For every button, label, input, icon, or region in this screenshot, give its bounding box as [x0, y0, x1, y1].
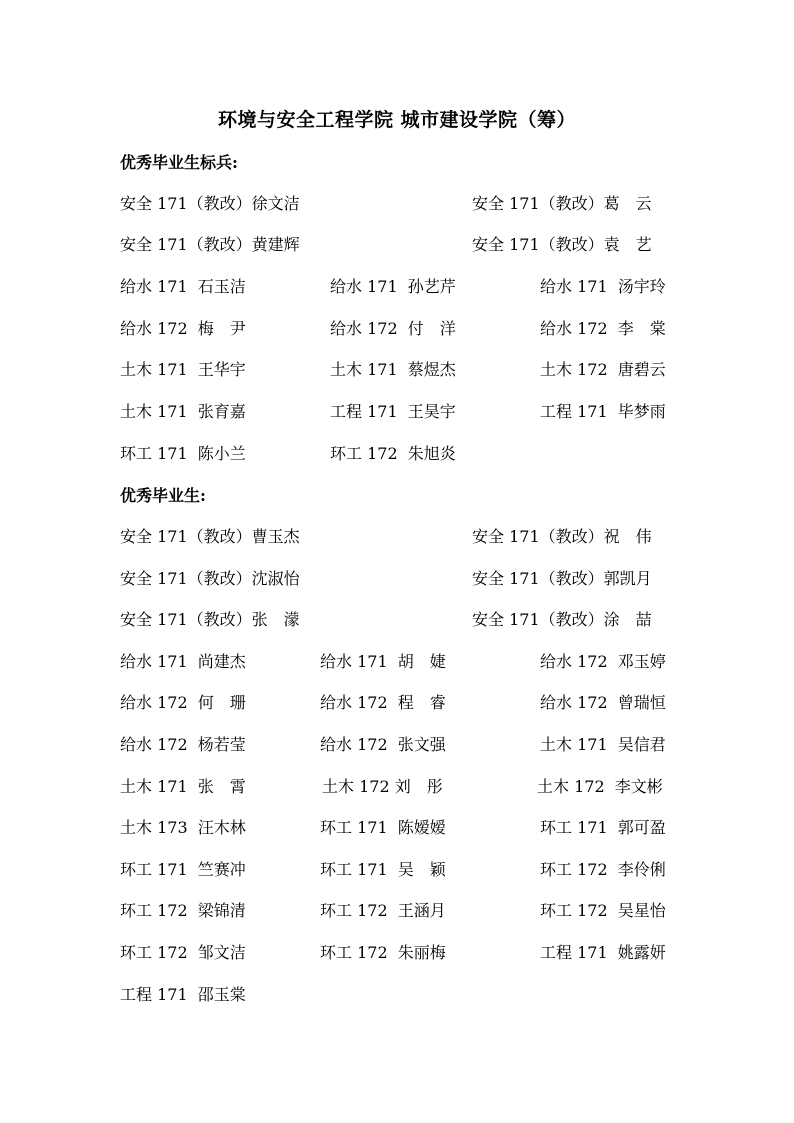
list-row: 土木 171 张 霄 土木 172 刘 彤 土木 172 李文彬 — [0, 774, 794, 796]
list-item: 土木 172 刘 彤 — [322, 774, 443, 797]
list-item: 环工 172 朱丽梅 — [320, 940, 446, 963]
list-row: 给水 171 石玉洁 给水 171 孙艺芹 给水 171 汤宇玲 — [0, 274, 794, 296]
list-row: 环工 171 陈小兰 环工 172 朱旭炎 — [0, 441, 794, 463]
list-item: 工程 171 姚露妍 — [540, 940, 666, 963]
section-heading-top-graduates: 优秀毕业生标兵: — [120, 150, 238, 173]
list-row: 环工 172 邹文洁 环工 172 朱丽梅 工程 171 姚露妍 — [0, 940, 794, 962]
list-item: 环工 172 李伶俐 — [540, 857, 666, 880]
list-item: 给水 172 付 洋 — [330, 316, 456, 339]
list-item: 工程 171 邵玉棠 — [120, 982, 246, 1005]
list-row: 给水 171 尚建杰 给水 171 胡 婕 给水 172 邓玉婷 — [0, 649, 794, 671]
list-row: 环工 172 梁锦清 环工 172 王涵月 环工 172 吴星怡 — [0, 898, 794, 920]
list-row: 安全 171（教改）沈淑怡 安全 171（教改）郭凯月 — [0, 566, 794, 588]
list-item: 安全 171（教改）张 濛 — [120, 607, 300, 630]
list-row: 安全 171（教改）黄建辉 安全 171（教改）袁 艺 — [0, 232, 794, 254]
list-row: 土木 171 张育嘉 工程 171 王昊宇 工程 171 毕梦雨 — [0, 399, 794, 421]
list-row: 给水 172 梅 尹 给水 172 付 洋 给水 172 李 棠 — [0, 316, 794, 338]
list-item: 安全 171（教改）葛 云 — [472, 191, 652, 214]
list-item: 安全 171（教改）曹玉杰 — [120, 524, 300, 547]
list-item: 给水 171 汤宇玲 — [540, 274, 666, 297]
list-item: 环工 172 吴星怡 — [540, 898, 666, 921]
list-item: 给水 172 梅 尹 — [120, 316, 246, 339]
list-item: 环工 171 陈嫒嫒 — [320, 815, 446, 838]
list-item: 安全 171（教改）沈淑怡 — [120, 566, 300, 589]
list-item: 工程 171 毕梦雨 — [540, 399, 666, 422]
list-item: 环工 171 陈小兰 — [120, 441, 246, 464]
list-item: 安全 171（教改）祝 伟 — [472, 524, 652, 547]
list-row: 土木 171 王华宇 土木 171 蔡煜杰 土木 172 唐碧云 — [0, 357, 794, 379]
section-heading-graduates: 优秀毕业生: — [120, 483, 206, 506]
list-item: 给水 171 胡 婕 — [320, 649, 446, 672]
list-item: 工程 171 王昊宇 — [330, 399, 456, 422]
list-item: 土木 172 李文彬 — [537, 774, 663, 797]
list-row: 工程 171 邵玉棠 — [0, 982, 794, 1004]
list-item: 环工 171 吴 颖 — [320, 857, 446, 880]
list-item: 环工 171 竺赛冲 — [120, 857, 246, 880]
list-item: 环工 172 梁锦清 — [120, 898, 246, 921]
list-row: 给水 172 何 珊 给水 172 程 睿 给水 172 曾瑞恒 — [0, 690, 794, 712]
list-item: 给水 172 李 棠 — [540, 316, 666, 339]
list-item: 土木 173 汪木林 — [120, 815, 246, 838]
list-item: 土木 172 唐碧云 — [540, 357, 666, 380]
document-title: 环境与安全工程学院 城市建设学院（筹） — [0, 105, 794, 132]
list-row: 给水 172 杨若莹 给水 172 张文强 土木 171 吴信君 — [0, 732, 794, 754]
list-item: 安全 171（教改）郭凯月 — [472, 566, 652, 589]
list-item: 给水 172 何 珊 — [120, 690, 246, 713]
list-item: 给水 172 曾瑞恒 — [540, 690, 666, 713]
list-row: 土木 173 汪木林 环工 171 陈嫒嫒 环工 171 郭可盈 — [0, 815, 794, 837]
list-item: 给水 171 尚建杰 — [120, 649, 246, 672]
list-item: 土木 171 张 霄 — [120, 774, 246, 797]
list-item: 土木 171 王华宇 — [120, 357, 246, 380]
list-item: 给水 171 孙艺芹 — [330, 274, 456, 297]
list-item: 土木 171 蔡煜杰 — [330, 357, 456, 380]
list-item: 土木 171 吴信君 — [540, 732, 666, 755]
list-item: 环工 171 郭可盈 — [540, 815, 666, 838]
list-row: 安全 171（教改）张 濛 安全 171（教改）涂 喆 — [0, 607, 794, 629]
list-item: 安全 171（教改）徐文洁 — [120, 191, 300, 214]
list-item: 安全 171（教改）袁 艺 — [472, 232, 652, 255]
list-row: 安全 171（教改）曹玉杰 安全 171（教改）祝 伟 — [0, 524, 794, 546]
list-item: 给水 172 程 睿 — [320, 690, 446, 713]
list-item: 给水 172 邓玉婷 — [540, 649, 666, 672]
list-item: 环工 172 朱旭炎 — [330, 441, 456, 464]
list-item: 环工 172 邹文洁 — [120, 940, 246, 963]
list-item: 安全 171（教改）涂 喆 — [472, 607, 652, 630]
list-item: 土木 171 张育嘉 — [120, 399, 246, 422]
list-item: 安全 171（教改）黄建辉 — [120, 232, 300, 255]
list-item: 给水 171 石玉洁 — [120, 274, 246, 297]
list-row: 环工 171 竺赛冲 环工 171 吴 颖 环工 172 李伶俐 — [0, 857, 794, 879]
list-item: 给水 172 张文强 — [320, 732, 446, 755]
list-item: 给水 172 杨若莹 — [120, 732, 246, 755]
list-row: 安全 171（教改）徐文洁 安全 171（教改）葛 云 — [0, 191, 794, 213]
list-item: 环工 172 王涵月 — [320, 898, 446, 921]
